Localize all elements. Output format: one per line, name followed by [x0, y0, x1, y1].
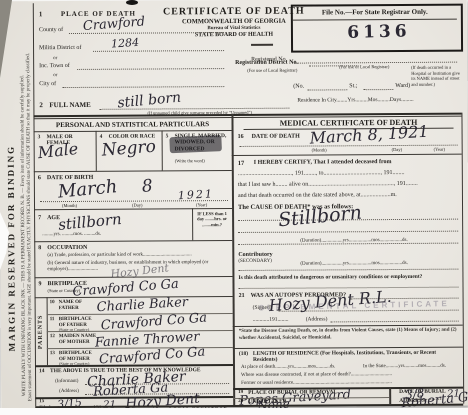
race-value: Negro	[101, 137, 157, 161]
age-units: .........yrs. .........mos. .........ds.	[42, 232, 101, 238]
father-bp-num: 11	[50, 317, 55, 323]
sex-num: 3	[38, 134, 41, 140]
parents-label: PARENTS	[38, 301, 45, 363]
city-label: City of	[39, 81, 56, 88]
signed-date-line: ............191........	[253, 317, 289, 324]
margin-binding-text: MARGIN RESERVED FOR BINDING	[5, 101, 17, 351]
marital-num: 5	[166, 133, 169, 139]
burial-table-divider	[389, 387, 391, 404]
birth-sub-day: (Day)	[132, 203, 143, 208]
filed-num: 15	[39, 399, 44, 405]
sex-value: Male	[37, 139, 79, 162]
street-no-label: (No.	[293, 84, 304, 91]
street-mid-label: St.;	[349, 83, 357, 90]
full-name-label: FULL NAME	[49, 101, 90, 109]
contributory-duration-line: (Duration).................yrs..........…	[300, 261, 408, 267]
form-right-border	[461, 113, 464, 404]
or-word-2: or	[53, 73, 57, 79]
header-rule	[251, 44, 273, 46]
dotted-line	[363, 89, 393, 90]
residence-former: Former or usual residence...............…	[241, 380, 392, 387]
dotted-line	[238, 269, 458, 271]
death-sub-day: (Day)	[392, 147, 403, 152]
informant-label: (Informant)	[55, 379, 78, 385]
birth-date-num: 6	[38, 175, 41, 182]
signed-section-rule	[233, 325, 463, 327]
county-value: Crawford	[82, 14, 145, 34]
hospital-note: (If death occurred in a Hospital or Inst…	[411, 65, 461, 88]
ward-label: Ward)	[395, 83, 410, 90]
father-name-num: 10	[50, 300, 55, 306]
certify-line3: that I last saw h........ alive on......…	[238, 181, 418, 189]
cause-footnote: *State the Disease Causing Death, or, in…	[239, 328, 459, 342]
inc-town-label: Inc. Town of	[39, 63, 70, 70]
mother-name-label: MAIDEN NAME OF MOTHER	[59, 334, 99, 346]
unsanitary-question: Is this death attributed to dangerous or…	[238, 274, 422, 281]
age-num: 7	[38, 215, 41, 222]
death-date-num: 16	[238, 134, 244, 141]
certify-line1: I HEREBY CERTIFY, That I attended deceas…	[254, 159, 392, 167]
occupation-line-a: (a) Trade, profession, or particular kin…	[47, 252, 227, 259]
undertaker-num: 20	[238, 399, 243, 405]
contributory-sub: (SECONDARY)	[238, 259, 272, 265]
file-number-value: 6136	[329, 21, 429, 43]
certify-line4: and that death occurred on the date stat…	[238, 192, 397, 200]
certify-line2: ...................................., 19…	[238, 170, 405, 178]
place-of-death-num: 1	[39, 10, 43, 18]
residence-label: LENGTH OF RESIDENCE (For Hospitals, Inst…	[253, 350, 459, 364]
certificate-paper: MARGIN RESERVED FOR BINDING WRITE PLAINL…	[0, 0, 468, 408]
residence-where-contracted: Where was disease contracted, if not at …	[241, 372, 392, 379]
or-word-1: or	[53, 56, 57, 62]
box-divider-2	[162, 130, 163, 170]
full-name-num: 2	[39, 101, 43, 109]
row11-rule	[47, 330, 233, 332]
death-sub-year: (Year)	[434, 147, 445, 152]
personal-band: PERSONAL AND STATISTICAL PARTICULARS	[35, 120, 229, 129]
band-rule-left	[34, 130, 232, 132]
county-label: County of	[39, 27, 63, 34]
registration-district-sub: (For use of Local Registrar)	[247, 68, 297, 73]
death-sub-month: (Month)	[312, 147, 327, 152]
residence-at-place: At place of death..........yrs..........…	[241, 364, 335, 370]
birthplace-num: 9	[38, 281, 41, 288]
box-divider-1	[96, 131, 97, 171]
staple-mark	[126, 0, 138, 5]
militia-district-value: 1284	[111, 36, 140, 51]
boxes-bottom-rule	[34, 170, 232, 172]
death-date-label: DATE OF DEATH	[252, 134, 300, 141]
mother-name-num: 12	[50, 334, 55, 340]
occupation-label: OCCUPATION	[47, 245, 87, 252]
cause-duration-line: (Duration).................yrs..........…	[300, 238, 408, 244]
age-if-less-note: IF LESS than 1 day ........hrs. or .....…	[194, 211, 230, 227]
father-name-label: NAME OF FATHER	[59, 300, 95, 312]
certify-num: 17	[238, 160, 245, 168]
birth-day-value: 8	[141, 176, 153, 197]
file-box-label: File No.—For State Registrar Only.	[295, 8, 455, 17]
section6-rule	[34, 208, 232, 210]
section16-rule	[232, 154, 462, 156]
age-value: stillborn	[57, 210, 122, 234]
footnote-rule	[233, 347, 463, 349]
marital-sub: (Write the word)	[175, 158, 205, 163]
birth-sub-month: (Month)	[62, 203, 77, 208]
residence-in-state: In the State..........yrs...........mos.…	[363, 364, 446, 370]
mother-bp-num: 13	[50, 351, 55, 357]
occupation-num: 8	[38, 245, 41, 252]
dotted-line	[239, 287, 459, 289]
residence-in-city-line: Residence In City........Yrs.........Mos…	[297, 97, 413, 104]
birth-month-value: March	[57, 176, 118, 202]
residence-num: (18)	[239, 351, 248, 357]
signed-address-label: (Address)	[306, 316, 328, 322]
autopsy-num: 21	[239, 293, 245, 300]
dotted-line	[331, 321, 459, 323]
registration-district-label: Registration District No.	[235, 60, 298, 67]
dotted-line	[307, 89, 347, 90]
paper-bottom-gap	[0, 408, 468, 415]
dotted-line	[238, 231, 458, 233]
dotted-line	[77, 68, 224, 70]
informant-address-label: (Address)	[59, 389, 79, 395]
dotted-line	[62, 86, 224, 88]
center-divider	[231, 114, 235, 405]
militia-district-label: Militia District of	[39, 45, 81, 52]
race-num: 4	[100, 134, 103, 140]
age-subbox-divider	[192, 208, 193, 240]
birth-sub-year: (Year)	[196, 202, 207, 207]
informant-num: 14	[39, 368, 45, 374]
section7-rule	[34, 240, 232, 242]
ink-smudge	[169, 135, 222, 153]
